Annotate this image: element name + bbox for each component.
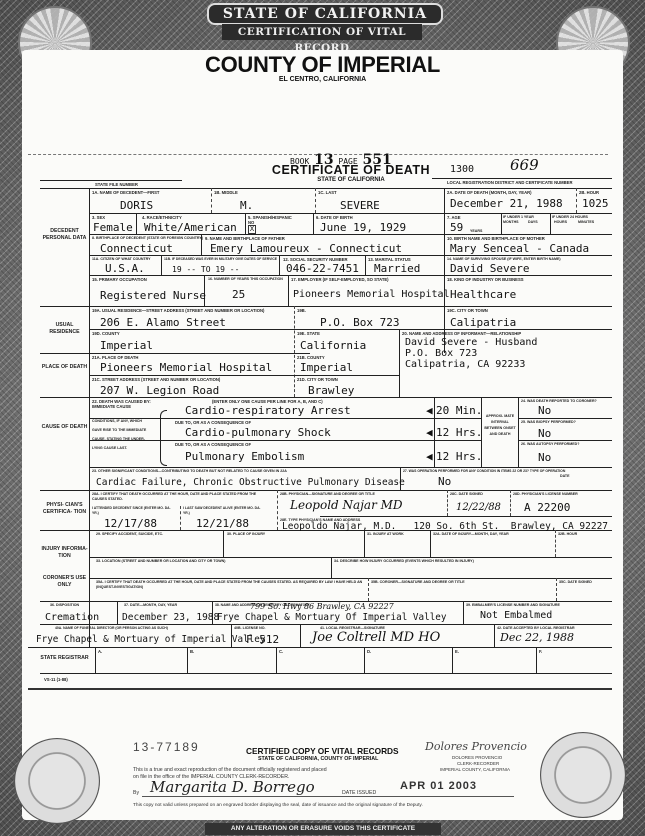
certificate-page: STATE OF CALIFORNIA CERTIFICATION OF VIT… (0, 0, 645, 836)
divider (142, 796, 514, 797)
divider (211, 188, 212, 213)
divider (89, 467, 612, 468)
divider (89, 188, 90, 647)
form-id: VS-11 (1-88) (44, 677, 68, 682)
divider (447, 490, 448, 516)
informant-line-3: Calipatria, CA 92233 (405, 359, 525, 371)
divider (89, 329, 294, 330)
minutes-label: MINUTES (578, 220, 594, 225)
divider (313, 213, 314, 234)
autopsy-value: No (538, 452, 551, 464)
death-city-label: 21D. CITY OR TOWN (297, 377, 338, 382)
local-district: 1300 (450, 164, 474, 176)
biopsy-label: 25. WAS BIOPSY PERFORMED? (521, 420, 576, 425)
divider (294, 329, 612, 330)
divider (95, 647, 96, 673)
age-label: 7. AGE (447, 215, 461, 220)
cause-brace (160, 410, 167, 466)
cause-b-value: Cardio-pulmonary Shock (185, 427, 331, 439)
middle-name-label: 1B. MIDDLE (214, 190, 238, 195)
divider (430, 530, 431, 557)
arrow-b-icon: ◀ (426, 427, 433, 439)
residence-19b-value: P.O. Box 723 (320, 317, 399, 329)
spouse-value: David Severe (450, 263, 529, 275)
divider (368, 578, 369, 601)
residence-street-value: 206 E. Alamo Street (100, 317, 226, 329)
middle-name-value: M. (240, 200, 253, 212)
registrar-cell-a: A. (98, 649, 102, 654)
divider (288, 275, 289, 306)
hour-label: 2B. HOUR (579, 190, 599, 195)
registrar-cell-f: F. (539, 649, 542, 654)
alteration-warning: ANY ALTERATION OR ERASURE VOIDS THIS CER… (205, 823, 441, 835)
funeral-director-label: 40A. NAME OF FUNERAL DIRECTOR (OR PERSON… (55, 626, 168, 631)
divider (89, 213, 612, 214)
divider (40, 180, 182, 181)
residence-county-label: 19D. COUNTY (92, 331, 120, 336)
cause-c-interval: 12 Hrs. (436, 451, 482, 463)
divider (89, 234, 612, 235)
sex-value: Female (93, 222, 133, 234)
certificate-title: CERTIFICATE OF DEATH (246, 163, 456, 177)
divider (40, 673, 612, 674)
coroner-reported-value: No (538, 405, 551, 417)
biopsy-value: No (538, 428, 551, 440)
section-decedent: DECEDENT PERSONAL DATA (40, 228, 89, 242)
divider (180, 506, 181, 530)
section-registrar: STATE REGISTRAR (40, 655, 89, 662)
operation-date-label: DATE (560, 474, 570, 479)
certification-banner: CERTIFICATION OF VITAL RECORD (222, 24, 422, 40)
recorder-signature: Dolores Provencio (425, 740, 527, 753)
divider (161, 255, 162, 275)
cause-a-value: Cardio-respiratory Arrest (185, 405, 351, 417)
divider (136, 213, 137, 234)
divider (40, 490, 612, 491)
date-of-death-label: 2A. DATE OF DEATH (MONTH, DAY, YEAR) (447, 190, 532, 195)
divider (28, 647, 612, 648)
divider (494, 624, 495, 647)
disposition-value: Cremation (45, 612, 99, 624)
divider (117, 601, 118, 624)
divider (294, 375, 399, 376)
death-city-value: Brawley (308, 385, 354, 397)
disposition-date-value: December 23, 1988 (122, 612, 219, 624)
local-registrar-signature: Joe Coltrell MD HO (312, 632, 440, 644)
divider (444, 188, 445, 275)
divider (40, 397, 612, 398)
days-label: DAYS (528, 220, 538, 225)
mother-label: 10. BIRTH NAME AND BIRTHPLACE OF MOTHER (447, 236, 545, 241)
age-value: 59 (450, 222, 463, 234)
divider (518, 397, 519, 467)
section-injury: INJURY INFORMA- TION (40, 546, 89, 560)
accident-label: 29. SPECIFY ACCIDENT, SUICIDE, ETC. (96, 532, 163, 537)
county-title: COUNTY OF IMPERIAL (0, 52, 645, 78)
state-seal-icon (14, 738, 100, 824)
hours-label: HOURS (554, 220, 567, 225)
cause-b-interval: 12 Hrs. (436, 427, 482, 439)
divider (28, 688, 612, 690)
physician-signature-label: 28B. PHYSICIAN—SIGNATURE AND DEGREE OR T… (280, 492, 375, 497)
divider (40, 353, 310, 354)
certificate-subtitle: STATE OF CALIFORNIA (246, 177, 456, 183)
divider (320, 516, 612, 517)
race-value: White/American (144, 222, 237, 234)
divider (518, 418, 612, 419)
coroner-cert-label: 35A. I CERTIFY THAT DEATH OCCURRED AT TH… (96, 580, 366, 590)
divider (518, 440, 612, 441)
residence-city-value: Calipatria (450, 317, 516, 329)
other-conditions-value: Cardiac Failure, Chronic Obstructive Pul… (96, 477, 405, 489)
recorder-county: IMPERIAL COUNTY, CALIFORNIA (440, 767, 510, 772)
last-saw-value: 12/21/88 (196, 518, 249, 530)
registrar-cell-b: B. (190, 649, 194, 654)
interval-label: APPROXI- MATE INTERVAL BETWEEN ONSET AND… (483, 413, 517, 437)
registrar-cell-c: C. (279, 649, 283, 654)
father-label: 9. NAME AND BIRTHPLACE OF FATHER (205, 236, 285, 241)
divider (434, 397, 435, 467)
birthplace-value: Connecticut (100, 243, 173, 255)
place-of-death-value: Pioneers Memorial Hospital (100, 362, 272, 374)
local-registration-label: LOCAL REGISTRATION DISTRICT AND CERTIFIC… (447, 180, 572, 185)
funeral-director-value: Frye Chapel & Mortuary of Imperial Valle… (36, 634, 266, 646)
divider (556, 578, 557, 601)
mother-value: Mary Senceal - Canada (450, 243, 589, 255)
arrow-c-icon: ◀ (426, 451, 433, 463)
due-to-label-2: DUE TO, OR AS A CONSEQUENCE OF (175, 442, 251, 447)
date-signed-label: 28C. DATE SIGNED (450, 492, 483, 497)
divider (576, 188, 577, 213)
death-county-value: Imperial (300, 362, 353, 374)
birthplace-label: 8. BIRTHPLACE OF DECEDENT (STATE OR FORE… (92, 236, 203, 241)
months-label: MONTHS (503, 220, 519, 225)
divider (294, 306, 295, 397)
divider (550, 213, 551, 234)
marital-value: Married (374, 263, 420, 275)
license-value: A 22200 (524, 502, 570, 514)
date-signed-value: 12/22/88 (456, 502, 501, 514)
county-city: EL CENTRO, CALIFORNIA (0, 76, 645, 83)
divider (187, 647, 188, 673)
control-number: 13-77189 (133, 740, 200, 754)
injury-location-label: 33. LOCATION (STREET AND NUMBER OR LOCAT… (96, 559, 225, 564)
divider (510, 490, 511, 516)
autopsy-label: 26. WAS AUTOPSY PERFORMED? (521, 442, 579, 447)
injury-describe-label: 34. DESCRIBE HOW INJURY OCCURRED (EVENTS… (334, 559, 474, 564)
divider (365, 255, 366, 275)
state-banner: STATE OF CALIFORNIA (207, 3, 443, 25)
statement-line-1: This is a true and exact reproduction of… (133, 767, 327, 773)
cause-c-value: Pulmonary Embolism (185, 451, 304, 463)
dob-value: June 19, 1929 (320, 222, 406, 234)
years-occupation-label: 16. NUMBER OF YEARS THIS OCCUPATION (208, 277, 286, 282)
divider (89, 375, 294, 376)
operation-label: 27. WAS OPERATION PERFORMED FOR ANY COND… (403, 469, 608, 474)
citizen-value: U.S.A. (105, 263, 145, 275)
footer-title: CERTIFIED COPY OF VITAL RECORDS (246, 746, 399, 756)
divider (40, 188, 612, 189)
sex-label: 3. SEX (92, 215, 105, 220)
injury-work-label: 31. INJURY AT WORK (367, 532, 404, 537)
section-residence: USUAL RESIDENCE (40, 322, 89, 336)
certificate-number: 669 (510, 159, 539, 171)
funeral-license-label: 40B. LICENSE NO. (234, 626, 266, 631)
cause-a-interval: 20 Min. (436, 405, 482, 417)
divider (364, 530, 365, 557)
date-issued-label: DATE ISSUED (342, 790, 376, 796)
registrar-cell-e: E. (455, 649, 459, 654)
years-occupation-value: 25 (232, 289, 245, 301)
validity-note: This copy not valid unless prepared on a… (133, 803, 423, 808)
divider (223, 530, 224, 557)
date-of-death-value: December 21, 1988 (450, 198, 563, 210)
divider (89, 557, 612, 558)
divider (279, 255, 280, 275)
age-unit: YEARS (470, 229, 482, 234)
disposition-place-line-2: Frye Chapel & Mortuary Of Imperial Valle… (217, 612, 447, 624)
physician-cert-label: 28A. I CERTIFY THAT DEATH OCCURRED AT TH… (92, 492, 267, 502)
divider (399, 329, 400, 397)
section-coroner: CORONER'S USE ONLY (40, 575, 89, 589)
divider (89, 255, 612, 256)
residence-19b-label: 19B. (297, 308, 306, 313)
divider (40, 624, 612, 625)
first-name-value: DORIS (120, 200, 153, 212)
hispanic-label: 5. SPANISH/HISPANIC (248, 215, 292, 220)
deputy-signature: Margarita D. Borrego (150, 778, 315, 796)
hispanic-no-checkbox[interactable]: X (248, 225, 256, 234)
divider (277, 490, 278, 530)
injury-hour-label: 32B. HOUR (558, 532, 577, 537)
employer-label: 17. EMPLOYER (IF SELF-EMPLOYED, SO STATE… (291, 277, 389, 282)
divider (40, 306, 612, 307)
divider (315, 188, 316, 213)
footer-subtitle: STATE OF CALIFORNIA, COUNTY OF IMPERIAL (258, 756, 378, 762)
divider (89, 578, 612, 579)
occupation-label: 15. PRIMARY OCCUPATION (92, 277, 147, 282)
divider (89, 275, 612, 276)
dob-label: 6. DATE OF BIRTH (316, 215, 353, 220)
death-street-value: 207 W. Legion Road (100, 385, 219, 397)
disposition-label: 36. DISPOSITION (50, 603, 79, 608)
section-place: PLACE OF DEATH (40, 364, 89, 371)
license-label: 28D. PHYSICIAN'S LICENSE NUMBER (513, 492, 578, 497)
divider (501, 213, 502, 234)
coroner-reported-label: 24. WAS DEATH REPORTED TO CORONER? (521, 399, 611, 404)
divider (555, 530, 556, 557)
father-value: Emery Lamoureux - Connecticut (210, 243, 402, 255)
registrar-cell-d: D. (367, 649, 371, 654)
divider (452, 647, 453, 673)
operation-value: No (438, 476, 451, 488)
residence-city-label: 19C. CITY OR TOWN (447, 308, 488, 313)
place-of-death-label: 21A. PLACE OF DEATH (92, 355, 138, 360)
residence-county-value: Imperial (100, 340, 153, 352)
state-file-label: STATE FILE NUMBER (95, 182, 138, 187)
coroner-date-label: 35C. DATE SIGNED (559, 580, 592, 585)
section-cause: CAUSE OF DEATH (40, 424, 89, 431)
embalmer-value: Not Embalmed (480, 610, 552, 622)
county-seal-icon (540, 732, 626, 818)
date-issued: APR 01 2003 (400, 780, 477, 792)
industry-value: Healthcare (450, 289, 516, 301)
recorder-title: CLERK-RECORDER (457, 761, 499, 766)
residence-street-label: 19A. USUAL RESIDENCE—STREET ADDRESS (STR… (92, 308, 264, 313)
divider (300, 624, 301, 647)
due-to-label-1: DUE TO, OR AS A CONSEQUENCE OF (175, 420, 251, 425)
hour-value: 1025 (582, 198, 609, 210)
arrow-a-icon: ◀ (426, 405, 433, 417)
divider (314, 440, 481, 441)
section-physician: PHYSI- CIAN'S CERTIFICA- TION (40, 502, 89, 516)
military-value: 19 -- TO 19 -- (172, 264, 239, 276)
immediate-cause-label: IMMEDIATE CAUSE (92, 404, 131, 409)
divider (364, 647, 365, 673)
divider (463, 601, 464, 624)
residence-state-value: California (300, 340, 366, 352)
last-name-value: SEVERE (340, 200, 380, 212)
date-accepted-value: Dec 22, 1988 (500, 632, 574, 644)
employer-value: Pioneers Memorial Hospital (293, 289, 450, 301)
conditions-label: CONDITIONS, IF ANY, WHICH GAVE RISE TO T… (92, 417, 152, 453)
first-name-label: 1A. NAME OF DECEDENT—FIRST (92, 190, 159, 195)
embalmer-label: 39. EMBALMER'S LICENSE NUMBER AND SIGNAT… (466, 603, 560, 608)
disposition-date-label: 37. DATE—MONTH, DAY, YEAR (124, 603, 177, 608)
ssn-value: 046-22-7451 (286, 263, 359, 275)
coroner-signature-label: 35B. CORONER—SIGNATURE AND DEGREE OR TIT… (371, 580, 465, 585)
funeral-license-value: F 512 (246, 634, 279, 646)
physician-signature: Leopold Najar MD (290, 499, 403, 511)
death-county-label: 21B. COUNTY (297, 355, 325, 360)
last-name-label: 1C. LAST (318, 190, 337, 195)
divider (432, 178, 612, 179)
divider (331, 557, 332, 578)
residence-state-label: 19E. STATE (297, 331, 320, 336)
informant-label: 20. NAME AND ADDRESS OF INFORMANT—RELATI… (402, 331, 521, 336)
injury-place-label: 30. PLACE OF INJURY (227, 532, 265, 537)
occupation-value: Registered Nurse (100, 290, 206, 302)
attended-since-value: 12/17/88 (104, 518, 157, 530)
divider (276, 647, 277, 673)
divider (245, 213, 246, 234)
other-conditions-label: 23. OTHER SIGNIFICANT CONDITIONS—CONTRIB… (92, 469, 287, 474)
by-label: By (133, 790, 139, 796)
injury-date-label: 32A. DATE OF INJURY—MONTH, DAY, YEAR (433, 532, 509, 537)
death-street-label: 21C. STREET ADDRESS (STREET AND NUMBER O… (92, 377, 220, 382)
military-label: 11B. IF DECEASED WAS EVER IN MILITARY GI… (164, 257, 277, 262)
attended-since-label: I ATTENDED DECEDENT SINCE (ENTER MO. DA.… (92, 506, 177, 516)
divider (536, 647, 537, 673)
recorder-name: DOLORES PROVENCIO (452, 755, 502, 760)
industry-label: 18. KIND OF INDUSTRY OR BUSINESS (447, 277, 524, 282)
last-saw-label: I LAST SAW DECEDENT ALIVE (ENTER MO. DA.… (183, 506, 268, 516)
divider (314, 418, 481, 419)
race-label: 4. RACE/ETHNICITY (142, 215, 182, 220)
